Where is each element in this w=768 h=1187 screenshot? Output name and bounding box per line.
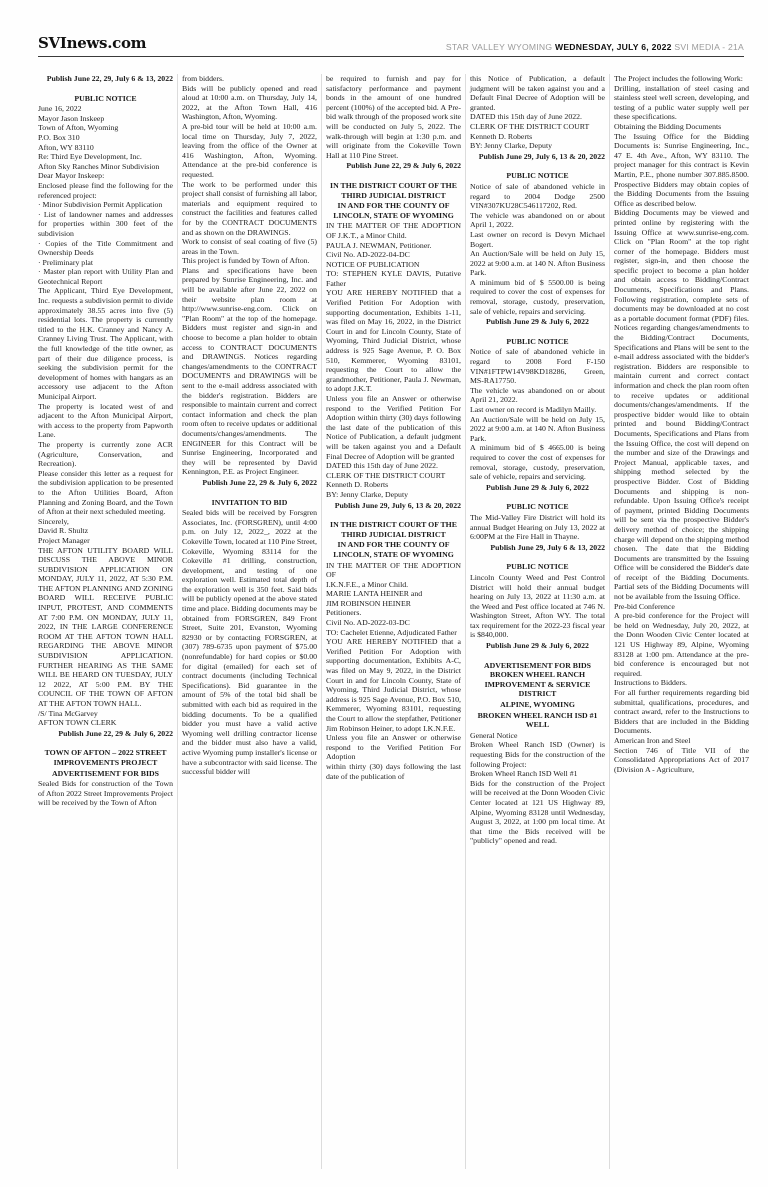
notice-line: · Preliminary plat bbox=[38, 258, 173, 268]
notice-paragraph: IN THE MATTER OF THE ADOPTION OF J.K.T.,… bbox=[326, 221, 461, 240]
notice-paragraph: A pre-bid tour will be held at 10:00 a.m… bbox=[182, 122, 317, 180]
publish-line: Publish June 22, 29, July 6 & 13, 2022 bbox=[38, 74, 173, 84]
notice-paragraph: Work to consist of seal coating of five … bbox=[182, 237, 317, 256]
notice-heading: PUBLIC NOTICE bbox=[474, 337, 601, 347]
newspaper-column-4: this Notice of Publication, a default ju… bbox=[465, 74, 609, 1169]
notice-paragraph: Drilling, installation of steel casing a… bbox=[614, 84, 749, 122]
notices-columns: Publish June 22, 29, July 6 & 13, 2022PU… bbox=[38, 74, 744, 1169]
notice-paragraph: Bids for the construction of the Project… bbox=[470, 779, 605, 846]
notice-line: David R. Shultz bbox=[38, 526, 173, 536]
newspaper-page: SVInews.com STAR VALLEY WYOMING WEDNESDA… bbox=[0, 0, 768, 1187]
notice-paragraph: this Notice of Publication, a default ju… bbox=[470, 74, 605, 112]
notice-paragraph: Last owner on record is Devyn Michael Bo… bbox=[470, 230, 605, 249]
notice-paragraph: The Project includes the following Work: bbox=[614, 74, 749, 84]
notice-line: Petitioners. bbox=[326, 608, 461, 618]
dateline-date: WEDNESDAY, JULY 6, 2022 bbox=[555, 42, 672, 52]
notice-line: June 16, 2022 bbox=[38, 104, 173, 114]
notice-paragraph: Bids will be publicly opened and read al… bbox=[182, 84, 317, 122]
notice-paragraph: TO: STEPHEN KYLE DAVIS, Putative Father bbox=[326, 269, 461, 288]
notice-paragraph: An Auction/Sale will be held on July 15,… bbox=[470, 415, 605, 444]
notice-paragraph: IN THE MATTER OF THE ADOPTION OF bbox=[326, 561, 461, 580]
notice-line: Dear Mayor Inskeep: bbox=[38, 171, 173, 181]
notice-paragraph: An Auction/Sale will be held on July 15,… bbox=[470, 249, 605, 278]
notice-heading: IN AND FOR THE COUNTY OF LINCOLN, STATE … bbox=[330, 201, 457, 220]
notice-paragraph: Broken Wheel Ranch ISD (Owner) is reques… bbox=[470, 740, 605, 769]
notice-line: Project Manager bbox=[38, 536, 173, 546]
notice-line: Kenneth D. Roberts bbox=[326, 480, 461, 490]
notice-line: DATED this 15th day of June 2022. bbox=[326, 461, 461, 471]
notice-paragraph: Last owner on record is Madilyn Mailly. bbox=[470, 405, 605, 415]
notice-paragraph: Sealed Bids for construction of the Town… bbox=[38, 779, 173, 808]
notice-paragraph: · Master plan report with Utility Plan a… bbox=[38, 267, 173, 286]
notice-paragraph: The Issuing Office for the Bidding Docum… bbox=[614, 132, 749, 209]
notice-heading: IN AND FOR THE COUNTY OF LINCOLN, STATE … bbox=[330, 540, 457, 559]
notice-line: General Notice bbox=[470, 731, 605, 741]
notice-paragraph: Unless you file an Answer or otherwise r… bbox=[326, 394, 461, 461]
notice-paragraph: A minimum bid of $ 4665.00 is being requ… bbox=[470, 443, 605, 481]
notice-line: JIM ROBINSON HEINER bbox=[326, 599, 461, 609]
notice-paragraph: CLERK OF THE DISTRICT COURT bbox=[326, 471, 461, 481]
dateline-page-number: SVI MEDIA - 21A bbox=[672, 42, 744, 52]
notice-paragraph: Enclosed please find the following for t… bbox=[38, 181, 173, 200]
notice-heading: ALPINE, WYOMING bbox=[474, 700, 601, 710]
notice-paragraph: Sealed bids will be received by Forsgren… bbox=[182, 508, 317, 777]
notice-paragraph: The Applicant, Third Eye Development, In… bbox=[38, 286, 173, 401]
publish-line: Publish June 22, 29 & July 6, 2022 bbox=[182, 478, 317, 488]
notice-line: Obtaining the Bidding Documents bbox=[614, 122, 749, 132]
notice-heading: ADVERTISEMENT FOR BIDS BROKEN WHEEL RANC… bbox=[474, 661, 601, 699]
notice-line: P.O. Box 310 bbox=[38, 133, 173, 143]
publish-line: Publish June 29 & July 6, 2022 bbox=[470, 317, 605, 327]
notice-line: Afton, WY 83110 bbox=[38, 143, 173, 153]
notice-line: Pre-bid Conference bbox=[614, 602, 749, 612]
notice-paragraph: Section 746 of Title VII of the Consolid… bbox=[614, 746, 749, 775]
notice-line: AFTON TOWN CLERK bbox=[38, 718, 173, 728]
notice-line: PAULA J. NEWMAN, Petitioner. bbox=[326, 241, 461, 251]
notice-heading: PUBLIC NOTICE bbox=[474, 502, 601, 512]
notice-heading: TOWN OF AFTON – 2022 STREET IMPROVEMENTS… bbox=[42, 748, 169, 767]
notice-paragraph: · List of landowner names and addresses … bbox=[38, 210, 173, 239]
notice-paragraph: within thirty (30) days following the la… bbox=[326, 762, 461, 781]
notice-heading: IN THE DISTRICT COURT OF THE THIRD JUDIC… bbox=[330, 181, 457, 200]
notice-paragraph: Unless you file an Answer or otherwise r… bbox=[326, 733, 461, 762]
notice-heading: ADVERTISEMENT FOR BIDS bbox=[42, 769, 169, 779]
notice-paragraph: The work to be performed under this proj… bbox=[182, 180, 317, 238]
notice-heading: INVITATION TO BID bbox=[186, 498, 313, 508]
publish-line: Publish June 29, July 6 & 13, 2022 bbox=[470, 543, 605, 553]
notice-line: BY: Jenny Clarke, Deputy bbox=[470, 141, 605, 151]
notice-paragraph: The property is currently zone ACR (Agri… bbox=[38, 440, 173, 469]
notice-heading: PUBLIC NOTICE bbox=[474, 171, 601, 181]
masthead: SVInews.com STAR VALLEY WYOMING WEDNESDA… bbox=[38, 30, 744, 52]
notice-paragraph: THE AFTON UTILITY BOARD WILL DISCUSS THE… bbox=[38, 546, 173, 709]
notice-paragraph: · Copies of the Title Commitment and Own… bbox=[38, 239, 173, 258]
publish-line: Publish June 29 & July 6, 2022 bbox=[470, 641, 605, 651]
notice-line: Civil No. AD-2022-04-DC bbox=[326, 250, 461, 260]
dateline-location: STAR VALLEY WYOMING bbox=[446, 42, 555, 52]
notice-heading: PUBLIC NOTICE bbox=[474, 562, 601, 572]
masthead-rule bbox=[38, 56, 744, 57]
notice-paragraph: Afton Sky Ranches Minor Subdivision bbox=[38, 162, 173, 172]
notice-paragraph: · Minor Subdivision Permit Application bbox=[38, 200, 173, 210]
publish-line: Publish June 22, 29 & July 6, 2022 bbox=[326, 161, 461, 171]
notice-paragraph: from bidders. bbox=[182, 74, 317, 84]
notice-paragraph: This project is funded by Town of Afton. bbox=[182, 256, 317, 266]
notice-paragraph: The vehicle was abandoned on or about Ap… bbox=[470, 211, 605, 230]
newspaper-column-5: The Project includes the following Work:… bbox=[609, 74, 753, 1169]
notice-paragraph: Please consider this letter as a request… bbox=[38, 469, 173, 517]
notice-paragraph: Bidding Documents may be viewed and prin… bbox=[614, 208, 749, 601]
notice-line: Sincerely, bbox=[38, 517, 173, 527]
notice-line: Kenneth D. Roberts bbox=[470, 132, 605, 142]
newspaper-column-1: Publish June 22, 29, July 6 & 13, 2022PU… bbox=[38, 74, 177, 1169]
notice-line: Town of Afton, Wyoming bbox=[38, 123, 173, 133]
notice-line: MARIE LANTA HEINER and bbox=[326, 589, 461, 599]
publish-line: Publish June 22, 29 & July 6, 2022 bbox=[38, 729, 173, 739]
notice-line: BY: Jenny Clarke, Deputy bbox=[326, 490, 461, 500]
newspaper-column-2: from bidders.Bids will be publicly opene… bbox=[177, 74, 321, 1169]
notice-paragraph: TO: Cachelet Etienne, Adjudicated Father bbox=[326, 628, 461, 638]
notice-line: American Iron and Steel bbox=[614, 736, 749, 746]
publish-line: Publish June 29 & July 6, 2022 bbox=[470, 483, 605, 493]
notice-line: Re: Third Eye Development, Inc. bbox=[38, 152, 173, 162]
notice-heading: BROKEN WHEEL RANCH ISD #1 WELL bbox=[474, 711, 601, 730]
notice-paragraph: YOU ARE HEREBY NOTIFIED that a Verified … bbox=[326, 288, 461, 394]
notice-paragraph: Lincoln County Weed and Pest Control Dis… bbox=[470, 573, 605, 640]
notice-paragraph: Notice of sale of abandoned vehicle in r… bbox=[470, 347, 605, 385]
notice-paragraph: CLERK OF THE DISTRICT COURT bbox=[470, 122, 605, 132]
notice-line: I.K.N.F.E., a Minor Child. bbox=[326, 580, 461, 590]
notice-heading: PUBLIC NOTICE bbox=[42, 94, 169, 104]
notice-paragraph: YOU ARE HEREBY NOTIFIED that a Verified … bbox=[326, 637, 461, 733]
notice-paragraph: Notice of sale of abandoned vehicle in r… bbox=[470, 182, 605, 211]
notice-paragraph: For all further requirements regarding b… bbox=[614, 688, 749, 736]
dateline: STAR VALLEY WYOMING WEDNESDAY, JULY 6, 2… bbox=[446, 42, 744, 52]
publish-line: Publish June 29, July 6, 13 & 20, 2022 bbox=[326, 501, 461, 511]
notice-paragraph: be required to furnish and pay for satis… bbox=[326, 74, 461, 160]
notice-heading: IN THE DISTRICT COURT OF THE THIRD JUDIC… bbox=[330, 520, 457, 539]
notice-paragraph: The property is located west of and adja… bbox=[38, 402, 173, 440]
notice-line: /S/ Tina McGarvey bbox=[38, 709, 173, 719]
notice-line: Civil No. AD-2022-03-DC bbox=[326, 618, 461, 628]
notice-line: NOTICE OF PUBLICATION bbox=[326, 260, 461, 270]
notice-paragraph: Plans and specifications have been prepa… bbox=[182, 266, 317, 477]
notice-line: Broken Wheel Ranch ISD Well #1 bbox=[470, 769, 605, 779]
notice-paragraph: The vehicle was abandoned on or about Ap… bbox=[470, 386, 605, 405]
newspaper-column-3: be required to furnish and pay for satis… bbox=[321, 74, 465, 1169]
notice-line: Mayor Jason Inskeep bbox=[38, 114, 173, 124]
notice-line: Instructions to Bidders. bbox=[614, 678, 749, 688]
notice-line: DATED this 15th day of June 2022. bbox=[470, 112, 605, 122]
notice-paragraph: A minimum bid of $ 5500.00 is being requ… bbox=[470, 278, 605, 316]
publish-line: Publish June 29, July 6, 13 & 20, 2022 bbox=[470, 152, 605, 162]
site-logo: SVInews.com bbox=[38, 34, 146, 52]
notice-paragraph: The Mid-Valley Fire District will hold i… bbox=[470, 513, 605, 542]
notice-paragraph: A pre-bid conference for the Project wil… bbox=[614, 611, 749, 678]
